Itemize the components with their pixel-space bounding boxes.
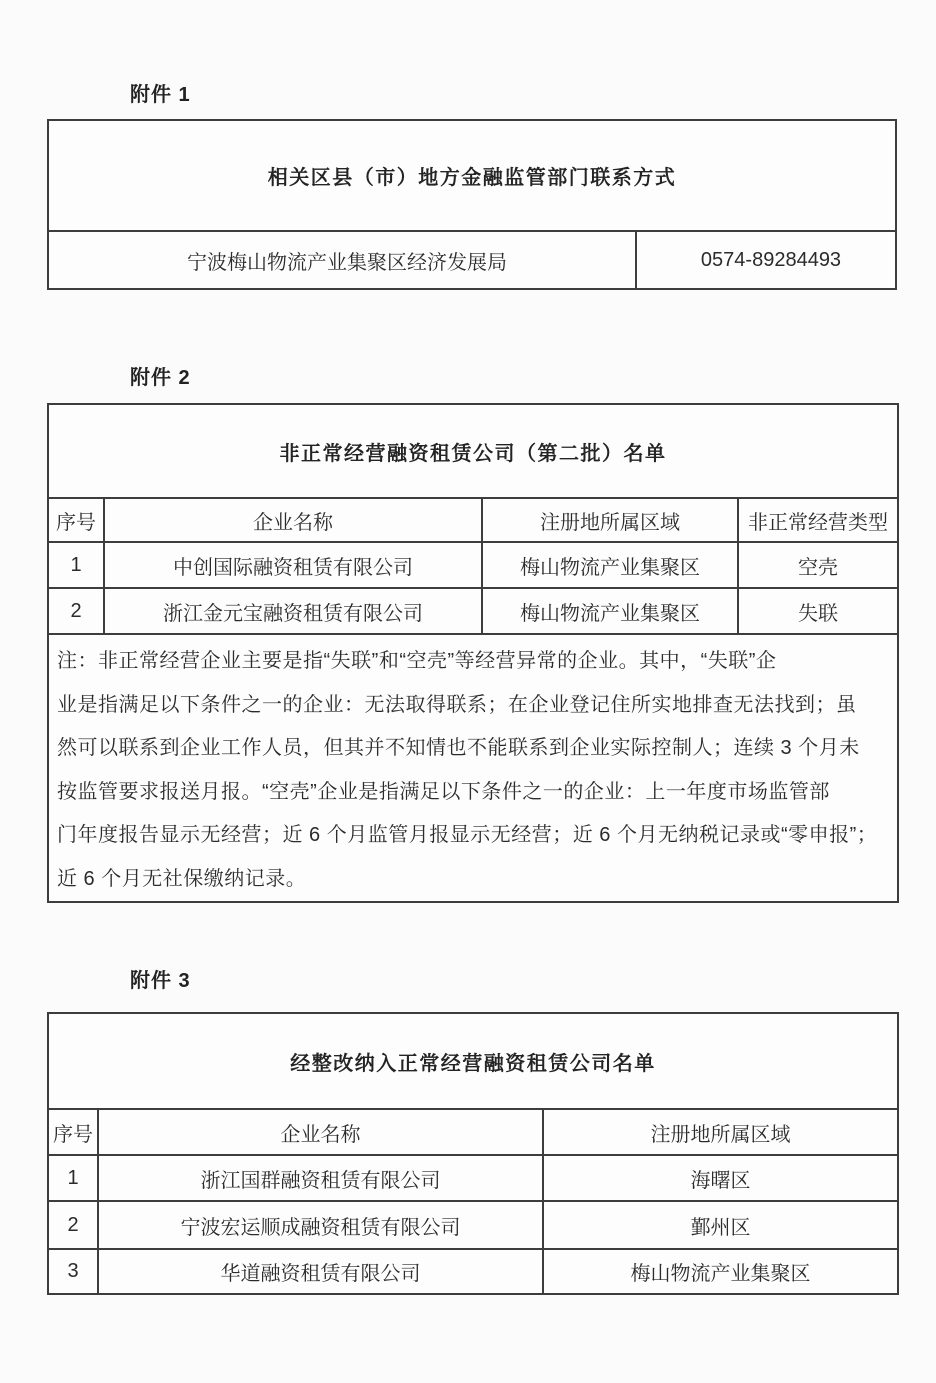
company-cell: 华道融资租赁有限公司 xyxy=(98,1249,543,1294)
table-header-row: 序号 企业名称 注册地所属区域 xyxy=(48,1109,898,1155)
company-cell: 浙江金元宝融资租赁有限公司 xyxy=(104,588,482,634)
table-note: 注：非正常经营企业主要是指“失联”和“空壳”等经营异常的企业。其中，“失联”企 … xyxy=(48,634,898,902)
header-region: 注册地所属区域 xyxy=(543,1109,898,1155)
company-cell: 宁波宏运顺成融资租赁有限公司 xyxy=(98,1201,543,1249)
header-company: 企业名称 xyxy=(98,1109,543,1155)
region-cell: 鄞州区 xyxy=(543,1201,898,1249)
note-line: 注：非正常经营企业主要是指“失联”和“空壳”等经营异常的企业。其中，“失联”企 xyxy=(57,640,889,684)
contact-phone-cell: 0574-89284493 xyxy=(636,231,896,289)
seq-cell: 1 xyxy=(48,1155,98,1201)
table-row: 1 中创国际融资租赁有限公司 梅山物流产业集聚区 空壳 xyxy=(48,542,898,588)
abnormal-companies-table: 非正常经营融资租赁公司（第二批）名单 序号 企业名称 注册地所属区域 非正常经营… xyxy=(47,403,899,903)
region-cell: 海曙区 xyxy=(543,1155,898,1201)
seq-cell: 2 xyxy=(48,1201,98,1249)
note-line: 门年度报告显示无经营；近 6 个月监管月报显示无经营；近 6 个月无纳税记录或“… xyxy=(57,814,889,858)
table-row: 2 宁波宏运顺成融资租赁有限公司 鄞州区 xyxy=(48,1201,898,1249)
table-header-row: 序号 企业名称 注册地所属区域 非正常经营类型 xyxy=(48,498,898,542)
seq-cell: 1 xyxy=(48,542,104,588)
table-row: 宁波梅山物流产业集聚区经济发展局 0574-89284493 xyxy=(48,231,896,289)
attachment2-label: 附件 2 xyxy=(130,361,191,390)
document-page: 附件 1 相关区县（市）地方金融监管部门联系方式 宁波梅山物流产业集聚区经济发展… xyxy=(0,0,936,1383)
rectified-table-title: 经整改纳入正常经营融资租赁公司名单 xyxy=(48,1013,898,1109)
header-seq: 序号 xyxy=(48,1109,98,1155)
header-seq: 序号 xyxy=(48,498,104,542)
company-cell: 中创国际融资租赁有限公司 xyxy=(104,542,482,588)
region-cell: 梅山物流产业集聚区 xyxy=(543,1249,898,1294)
header-type: 非正常经营类型 xyxy=(738,498,898,542)
rectified-companies-table: 经整改纳入正常经营融资租赁公司名单 序号 企业名称 注册地所属区域 1 浙江国群… xyxy=(47,1012,899,1295)
contact-table-title: 相关区县（市）地方金融监管部门联系方式 xyxy=(48,120,896,231)
type-cell: 空壳 xyxy=(738,542,898,588)
table-row: 2 浙江金元宝融资租赁有限公司 梅山物流产业集聚区 失联 xyxy=(48,588,898,634)
contact-org-cell: 宁波梅山物流产业集聚区经济发展局 xyxy=(48,231,636,289)
table-row: 3 华道融资租赁有限公司 梅山物流产业集聚区 xyxy=(48,1249,898,1294)
note-line: 按监管要求报送月报。“空壳”企业是指满足以下条件之一的企业：上一年度市场监管部 xyxy=(57,771,889,815)
header-company: 企业名称 xyxy=(104,498,482,542)
header-region: 注册地所属区域 xyxy=(482,498,738,542)
attachment3-label: 附件 3 xyxy=(130,964,191,993)
company-cell: 浙江国群融资租赁有限公司 xyxy=(98,1155,543,1201)
type-cell: 失联 xyxy=(738,588,898,634)
region-cell: 梅山物流产业集聚区 xyxy=(482,588,738,634)
note-line: 近 6 个月无社保缴纳记录。 xyxy=(57,858,889,902)
note-line: 然可以联系到企业工作人员，但其并不知情也不能联系到企业实际控制人；连续 3 个月… xyxy=(57,727,889,771)
attachment1-label: 附件 1 xyxy=(130,78,191,107)
table-row: 1 浙江国群融资租赁有限公司 海曙区 xyxy=(48,1155,898,1201)
seq-cell: 2 xyxy=(48,588,104,634)
note-line: 业是指满足以下条件之一的企业：无法取得联系；在企业登记住所实地排查无法找到；虽 xyxy=(57,684,889,728)
seq-cell: 3 xyxy=(48,1249,98,1294)
abnormal-table-title: 非正常经营融资租赁公司（第二批）名单 xyxy=(48,404,898,498)
contact-table: 相关区县（市）地方金融监管部门联系方式 宁波梅山物流产业集聚区经济发展局 057… xyxy=(47,119,897,290)
region-cell: 梅山物流产业集聚区 xyxy=(482,542,738,588)
